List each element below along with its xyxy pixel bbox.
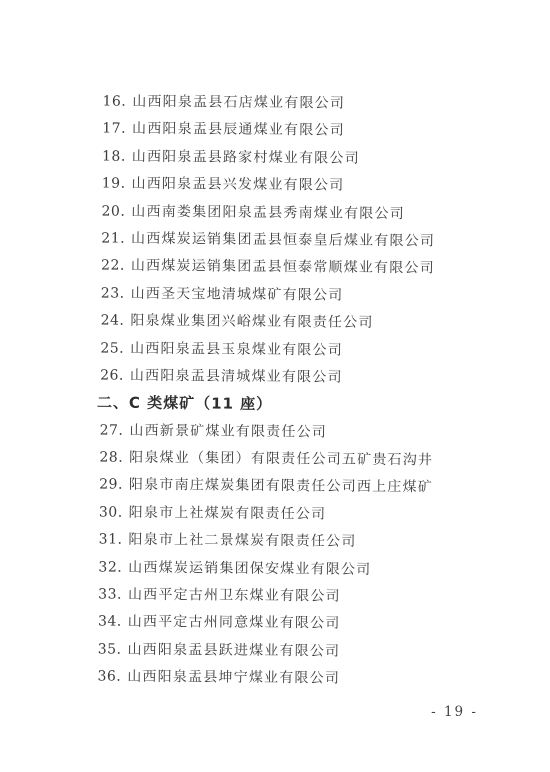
company-name: 山西南娄集团阳泉盂县秀南煤业有限公司 — [131, 203, 405, 221]
item-number: 23. — [101, 285, 125, 301]
company-name: 山西阳泉盂县坤宁煤业有限公司 — [127, 669, 340, 687]
company-name: 山西新景矿煤业有限责任公司 — [129, 422, 327, 440]
item-number: 24. — [101, 313, 125, 329]
item-number: 17. — [102, 121, 126, 137]
item-number: 21. — [101, 230, 125, 246]
company-name: 山西煤炭运销集团保安煤业有限公司 — [128, 559, 371, 577]
company-name: 阳泉市上社煤炭有限责任公司 — [129, 505, 327, 523]
page-number: - 19 - — [431, 704, 478, 720]
item-number: 20. — [101, 203, 125, 219]
company-name: 山西平定古州卫东煤业有限公司 — [128, 587, 341, 605]
item-number: 27. — [100, 422, 124, 438]
item-number: 31. — [99, 532, 123, 548]
item-number: 28. — [99, 450, 123, 466]
item-number: 19. — [102, 176, 126, 192]
company-name: 山西阳泉盂县兴发煤业有限公司 — [132, 176, 345, 194]
company-name: 山西阳泉盂县石店煤业有限公司 — [132, 94, 345, 112]
item-number: 26. — [100, 367, 124, 383]
company-name: 山西阳泉盂县跃进煤业有限公司 — [127, 642, 340, 660]
company-name: 山西圣天宝地清城煤矿有限公司 — [131, 285, 344, 303]
company-name: 阳泉煤业（集团）有限责任公司五矿贵石沟井 — [129, 450, 433, 469]
item-number: 30. — [99, 504, 123, 520]
company-name: 山西阳泉盂县玉泉煤业有限公司 — [130, 340, 343, 358]
list-item: 36.山西阳泉盂县坤宁煤业有限公司 — [0, 663, 548, 695]
item-number: 18. — [102, 148, 126, 164]
company-name: 阳泉市南庄煤炭集团有限责任公司西上庄煤矿 — [129, 477, 433, 496]
company-name: 山西阳泉盂县路家村煤业有限公司 — [132, 149, 360, 167]
item-number: 34. — [98, 614, 122, 630]
document-content: 16.山西阳泉盂县石店煤业有限公司 17.山西阳泉盂县辰通煤业有限公司 18.山… — [0, 88, 550, 695]
item-number: 33. — [98, 586, 122, 602]
item-number: 29. — [99, 477, 123, 493]
company-name: 山西煤炭运销集团盂县恒泰皇后煤业有限公司 — [131, 231, 435, 250]
item-number: 36. — [97, 669, 121, 685]
company-name: 阳泉市上社二景煤炭有限责任公司 — [128, 532, 356, 550]
company-name: 阳泉煤业集团兴峪煤业有限责任公司 — [130, 313, 373, 331]
item-number: 16. — [102, 93, 126, 109]
document-page: 16.山西阳泉盂县石店煤业有限公司 17.山西阳泉盂县辰通煤业有限公司 18.山… — [0, 0, 550, 772]
company-name: 山西阳泉盂县辰通煤业有限公司 — [132, 121, 345, 139]
company-name: 山西煤炭运销集团盂县恒泰常顺煤业有限公司 — [131, 258, 435, 277]
item-number: 25. — [100, 340, 124, 356]
company-name: 山西阳泉盂县清城煤业有限公司 — [130, 368, 343, 386]
item-number: 32. — [98, 559, 122, 575]
item-number: 22. — [101, 258, 125, 274]
item-number: 35. — [98, 641, 122, 657]
company-name: 山西平定古州同意煤业有限公司 — [128, 614, 341, 632]
